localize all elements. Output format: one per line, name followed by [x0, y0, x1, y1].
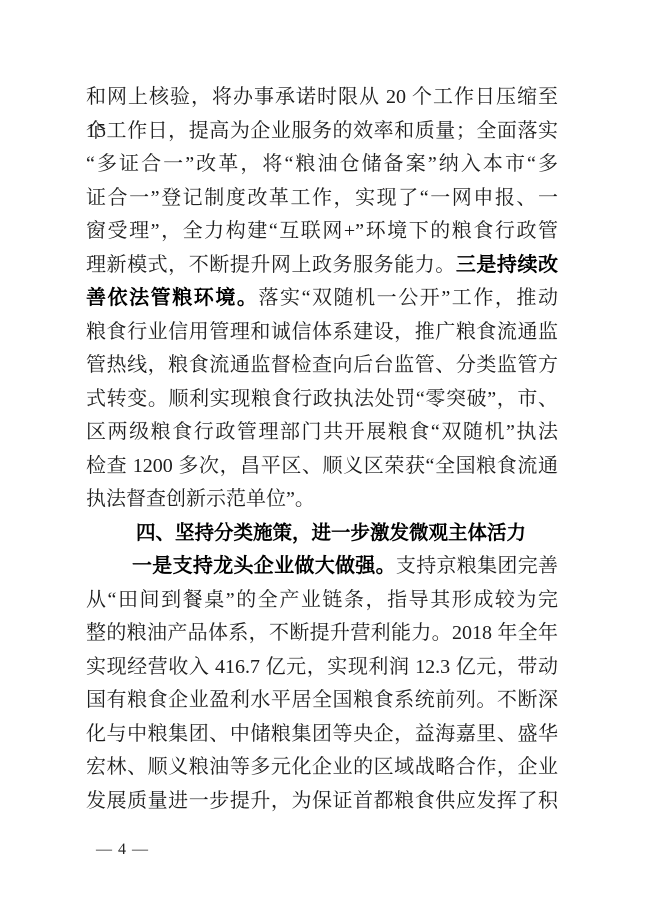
- text-run: 区两级粮食行政管理部门共开展粮食“双随机”执法: [86, 421, 558, 443]
- text-run: 管热线，粮食流通监督检查向后台监管、分类监管方: [86, 354, 558, 376]
- text-run: 个工作日，提高为企业服务的效率和质量；全面落实: [86, 120, 558, 142]
- text-line: 从“田间到餐桌”的全产业链条，指导其形成较为完: [86, 584, 558, 618]
- text-line: 一是支持龙头企业做大做强。支持京粮集团完善: [86, 550, 558, 584]
- text-run: 从“田间到餐桌”的全产业链条，指导其形成较为完: [86, 589, 558, 611]
- text-line: 理新模式，不断提升网上政务服务能力。三是持续改: [86, 249, 558, 283]
- text-line: 善依法管粮环境。落实“双随机一公开”工作，推动: [86, 282, 558, 316]
- text-line: 窗受理”，全力构建“互联网+”环境下的粮食行政管: [86, 215, 558, 249]
- document-page: 和网上核验，将办事承诺时限从 20 个工作日压缩至 15 个工作日，提高为企业服…: [0, 0, 650, 919]
- section-heading: 四、坚持分类施策，进一步激发微观主体活力: [86, 517, 558, 551]
- text-line: 实现经营收入 416.7 亿元，实现利润 12.3 亿元，带动: [86, 651, 558, 685]
- text-line: 和网上核验，将办事承诺时限从 20 个工作日压缩至 15: [86, 81, 558, 115]
- text-line: 证合一”登记制度改革工作，实现了“一网申报、一: [86, 182, 558, 216]
- text-line: 发展质量进一步提升，为保证首都粮食供应发挥了积: [86, 785, 558, 819]
- text-run: 落实“双随机一公开”工作，推动: [258, 287, 558, 309]
- bold-text-run: 善依法管粮环境。: [86, 287, 258, 309]
- text-line: 化与中粮集团、中储粮集团等央企，益海嘉里、盛华: [86, 718, 558, 752]
- text-run: “多证合一”改革，将“粮油仓储备案”纳入本市“多: [86, 153, 558, 175]
- text-run: 式转变。顺利实现粮食行政执法处罚“零突破”，市、: [86, 388, 558, 410]
- text-run: 理新模式，不断提升网上政务服务能力。: [86, 254, 456, 276]
- text-run: 化与中粮集团、中储粮集团等央企，益海嘉里、盛华: [86, 723, 558, 745]
- text-line: “多证合一”改革，将“粮油仓储备案”纳入本市“多: [86, 148, 558, 182]
- heading-text-run: 四、坚持分类施策，进一步激发微观主体活力: [136, 522, 526, 544]
- text-run: 证合一”登记制度改革工作，实现了“一网申报、一: [86, 187, 558, 209]
- document-text-block: 和网上核验，将办事承诺时限从 20 个工作日压缩至 15 个工作日，提高为企业服…: [86, 81, 558, 818]
- text-line: 检查 1200 多次，昌平区、顺义区荣获“全国粮食流通: [86, 450, 558, 484]
- text-line: 整的粮油产品体系，不断提升营利能力。2018 年全年: [86, 617, 558, 651]
- bold-text-run: 三是持续改: [456, 254, 558, 276]
- text-run: 宏林、顺义粮油等多元化企业的区域战略合作，企业: [86, 756, 558, 778]
- text-run: 整的粮油产品体系，不断提升营利能力。2018 年全年: [86, 622, 558, 644]
- text-run: 窗受理”，全力构建“互联网+”环境下的粮食行政管: [86, 220, 558, 242]
- text-run: 粮食行业信用管理和诚信体系建设，推广粮食流通监: [86, 321, 558, 343]
- text-line: 粮食行业信用管理和诚信体系建设，推广粮食流通监: [86, 316, 558, 350]
- text-line: 区两级粮食行政管理部门共开展粮食“双随机”执法: [86, 416, 558, 450]
- text-line: 个工作日，提高为企业服务的效率和质量；全面落实: [86, 115, 558, 149]
- page-number: — 4 —: [96, 841, 149, 859]
- text-line: 式转变。顺利实现粮食行政执法处罚“零突破”，市、: [86, 383, 558, 417]
- text-run: 检查 1200 多次，昌平区、顺义区荣获“全国粮食流通: [86, 455, 558, 477]
- text-run: 国有粮食企业盈利水平居全国粮食系统前列。不断深: [86, 689, 558, 711]
- text-line: 执法督查创新示范单位”。: [86, 483, 558, 517]
- text-run: 实现经营收入 416.7 亿元，实现利润 12.3 亿元，带动: [86, 656, 558, 678]
- text-run: 支持京粮集团完善: [396, 555, 558, 577]
- text-run: 执法督查创新示范单位”。: [86, 488, 315, 510]
- bold-text-run: 一是支持龙头企业做大做强。: [132, 555, 396, 577]
- text-line: 宏林、顺义粮油等多元化企业的区域战略合作，企业: [86, 751, 558, 785]
- text-run: 发展质量进一步提升，为保证首都粮食供应发挥了积: [86, 790, 558, 812]
- text-line: 管热线，粮食流通监督检查向后台监管、分类监管方: [86, 349, 558, 383]
- text-line: 国有粮食企业盈利水平居全国粮食系统前列。不断深: [86, 684, 558, 718]
